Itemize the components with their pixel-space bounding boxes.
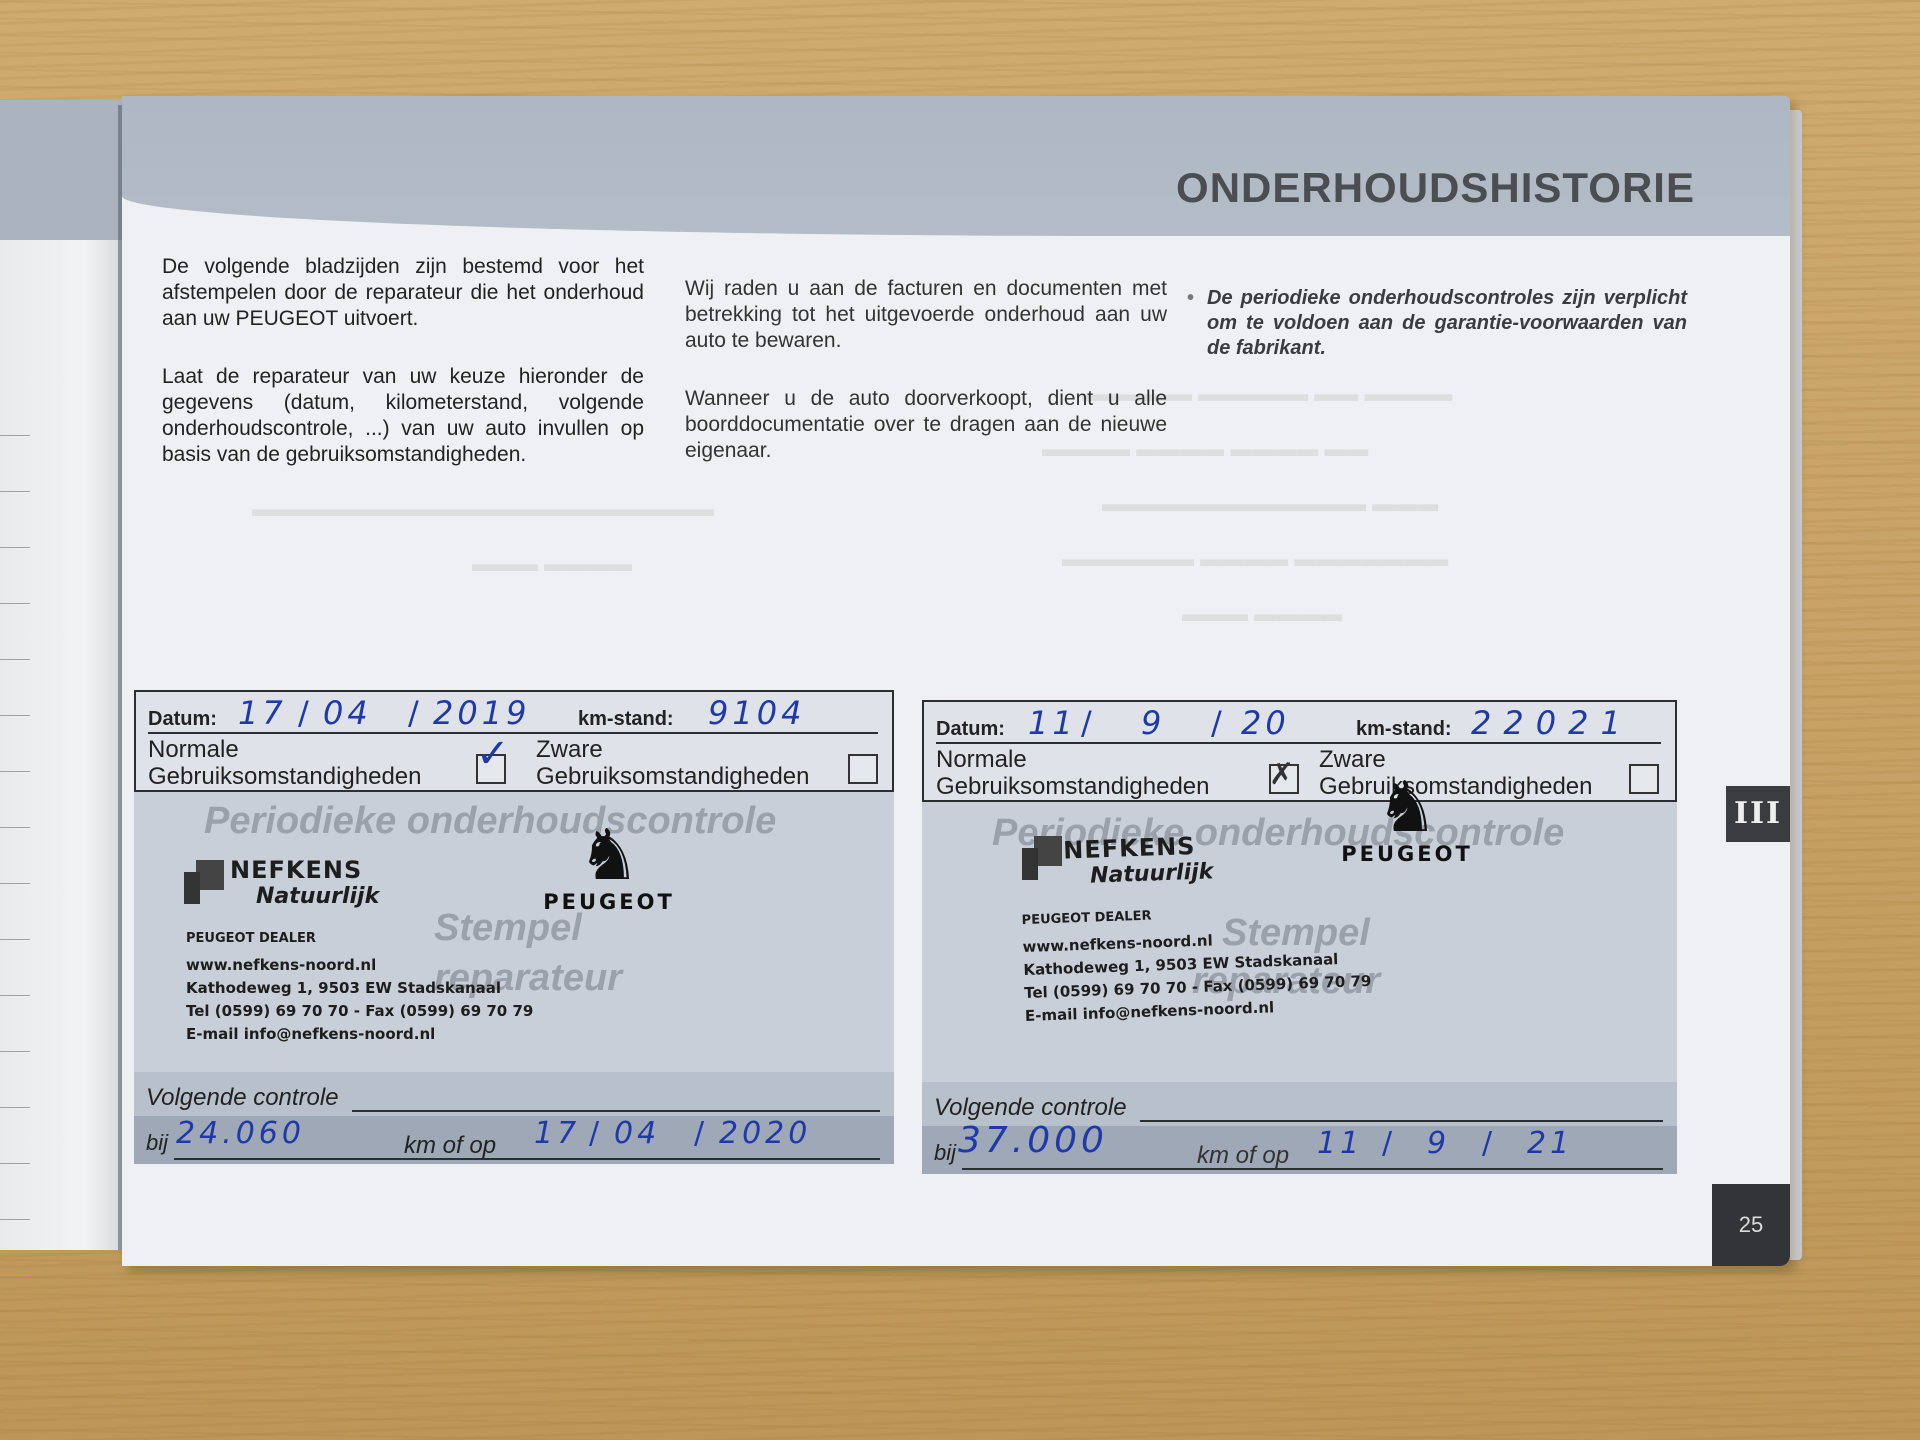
dealer-stamp-area: Periodieke onderhoudscontrole Stempel re… — [922, 802, 1677, 1082]
normal-usage-checkbox[interactable]: ✗ — [1269, 764, 1299, 794]
next-km-value[interactable]: 24.060 — [176, 1116, 305, 1151]
intro-column-left: De volgende bladzijden zijn bestemd voor… — [162, 254, 644, 500]
show-through-text: ▬▬▬ ▬▬▬▬▬▬▬▬▬▬▬▬ — [1102, 491, 1438, 517]
intro-paragraph: Wij raden u aan de facturen en documente… — [685, 276, 1167, 354]
bullet-icon: • — [1187, 286, 1194, 311]
heavy-usage-label: ZwareGebruiksomstandigheden — [536, 736, 810, 790]
dealer-tagline: Natuurlijk — [1090, 859, 1214, 888]
maintenance-history-page: ONDERHOUDSHISTORIE De volgende bladzijde… — [122, 96, 1790, 1266]
cross-mark-icon: ✗ — [1269, 760, 1294, 790]
intro-paragraph: Laat de reparateur van uw keuze hieronde… — [162, 364, 644, 468]
date-year[interactable]: 20 — [1241, 704, 1290, 742]
km-or-on-label: km of op — [404, 1132, 496, 1160]
date-month[interactable]: 9 — [1141, 704, 1165, 742]
dealer-stamp: NEFKENS Natuurlijk PEUGEOT DEALER www.ne… — [1019, 826, 1373, 1028]
dealer-phone: Tel (0599) 69 70 70 - Fax (0599) 69 70 7… — [186, 1000, 533, 1023]
intro-column-right: • De periodieke onderhoudscontroles zijn… — [1207, 286, 1687, 361]
dealer-subtitle: PEUGEOT DEALER — [1021, 901, 1369, 928]
at-label: bij — [934, 1140, 956, 1166]
normal-usage-label: NormaleGebruiksomstandigheden — [148, 736, 422, 790]
maintenance-entry-1: Datum: 17 / 04 / 2019 km-stand: 9104 Nor… — [134, 690, 894, 1164]
show-through-text: ▬▬▬▬ ▬▬▬ — [472, 551, 632, 577]
page-title: ONDERHOUDSHISTORIE — [1176, 164, 1695, 212]
show-through-text: ▬▬▬▬ ▬▬ ▬▬▬▬▬ ▬▬▬▬▬ — [1082, 381, 1452, 407]
previous-page-lines — [0, 380, 30, 1280]
next-date-year[interactable]: 21 — [1527, 1126, 1573, 1161]
dealer-address: Kathodeweg 1, 9503 EW Stadskanaal — [186, 977, 533, 1000]
dealer-stamp: NEFKENS Natuurlijk PEUGEOT DEALER www.ne… — [186, 856, 533, 1046]
at-label: bij — [146, 1130, 168, 1156]
normal-usage-checkbox[interactable]: ✓ — [476, 754, 506, 784]
date-year[interactable]: 2019 — [433, 694, 530, 732]
check-mark-icon: ✓ — [476, 734, 510, 774]
dealer-tagline: Natuurlijk — [256, 884, 379, 909]
normal-usage-label: NormaleGebruiksomstandigheden — [936, 746, 1210, 800]
dealer-subtitle: PEUGEOT DEALER — [186, 931, 533, 946]
previous-page-header-band — [0, 100, 122, 240]
warranty-note: De periodieke onderhoudscontroles zijn v… — [1207, 286, 1687, 361]
heavy-usage-checkbox[interactable] — [848, 754, 878, 784]
date-month[interactable]: 04 — [323, 694, 372, 732]
next-date-day[interactable]: 11 — [1317, 1126, 1363, 1161]
show-through-text: ▬▬▬▬ ▬▬▬ — [1182, 601, 1342, 627]
next-date-year[interactable]: 2020 — [719, 1116, 811, 1151]
peugeot-logo: ♞ PEUGEOT — [524, 820, 694, 914]
next-date-month[interactable]: 04 — [614, 1116, 660, 1151]
next-service-section: Volgende controle bij 24.060 km of op 17… — [134, 1072, 894, 1164]
date-km-row: Datum: 17 / 04 / 2019 km-stand: 9104 — [148, 698, 878, 734]
previous-page-edge — [0, 100, 122, 1250]
next-date-month[interactable]: 9 — [1427, 1126, 1450, 1161]
date-day[interactable]: 11 — [1028, 704, 1077, 742]
lion-emblem-icon: ♞ — [524, 820, 694, 890]
maintenance-entry-2: Datum: 11 / 9 / 20 km-stand: 22021 Norma… — [922, 700, 1677, 1174]
peugeot-logo: ♞ PEUGEOT — [1322, 772, 1492, 866]
dealer-email: E-mail info@nefkens-noord.nl — [186, 1023, 533, 1046]
heavy-usage-checkbox[interactable] — [1629, 764, 1659, 794]
page-number: 25 — [1712, 1184, 1790, 1266]
next-km-value[interactable]: 37.000 — [958, 1120, 1108, 1161]
entry-header: Datum: 17 / 04 / 2019 km-stand: 9104 Nor… — [134, 690, 894, 792]
date-day[interactable]: 17 — [238, 694, 287, 732]
next-check-label: Volgende controle — [146, 1084, 339, 1112]
intro-paragraph: De volgende bladzijden zijn bestemd voor… — [162, 254, 644, 332]
section-tab: III — [1726, 786, 1790, 842]
date-label: Datum: — [148, 708, 217, 731]
next-service-section: Volgende controle bij 37.000 km of op 11… — [922, 1082, 1677, 1174]
dealer-name: NEFKENS — [230, 856, 362, 884]
lion-emblem-icon: ♞ — [1322, 772, 1492, 842]
km-value[interactable]: 9104 — [708, 694, 805, 732]
entry-header: Datum: 11 / 9 / 20 km-stand: 22021 Norma… — [922, 700, 1677, 802]
km-value[interactable]: 22021 — [1471, 704, 1633, 742]
show-through-text: ▬▬▬▬▬▬▬ ▬▬▬▬ ▬▬▬▬▬▬ — [1062, 546, 1448, 572]
date-label: Datum: — [936, 718, 1005, 741]
km-or-on-label: km of op — [1197, 1142, 1289, 1170]
dealer-stamp-area: Periodieke onderhoudscontrole Stempel re… — [134, 792, 894, 1072]
next-date-day[interactable]: 17 — [534, 1116, 580, 1151]
show-through-text: ▬▬ ▬▬▬▬ ▬▬▬▬ ▬▬▬▬ — [1042, 436, 1368, 462]
show-through-text: ▬▬▬▬▬▬▬▬▬▬▬▬▬▬▬▬▬▬▬▬▬ — [252, 496, 714, 522]
km-label: km-stand: — [578, 708, 674, 731]
dealer-website: www.nefkens-noord.nl — [186, 954, 533, 977]
next-check-label: Volgende controle — [934, 1094, 1127, 1122]
date-km-row: Datum: 11 / 9 / 20 km-stand: 22021 — [936, 708, 1661, 744]
km-label: km-stand: — [1356, 718, 1452, 741]
